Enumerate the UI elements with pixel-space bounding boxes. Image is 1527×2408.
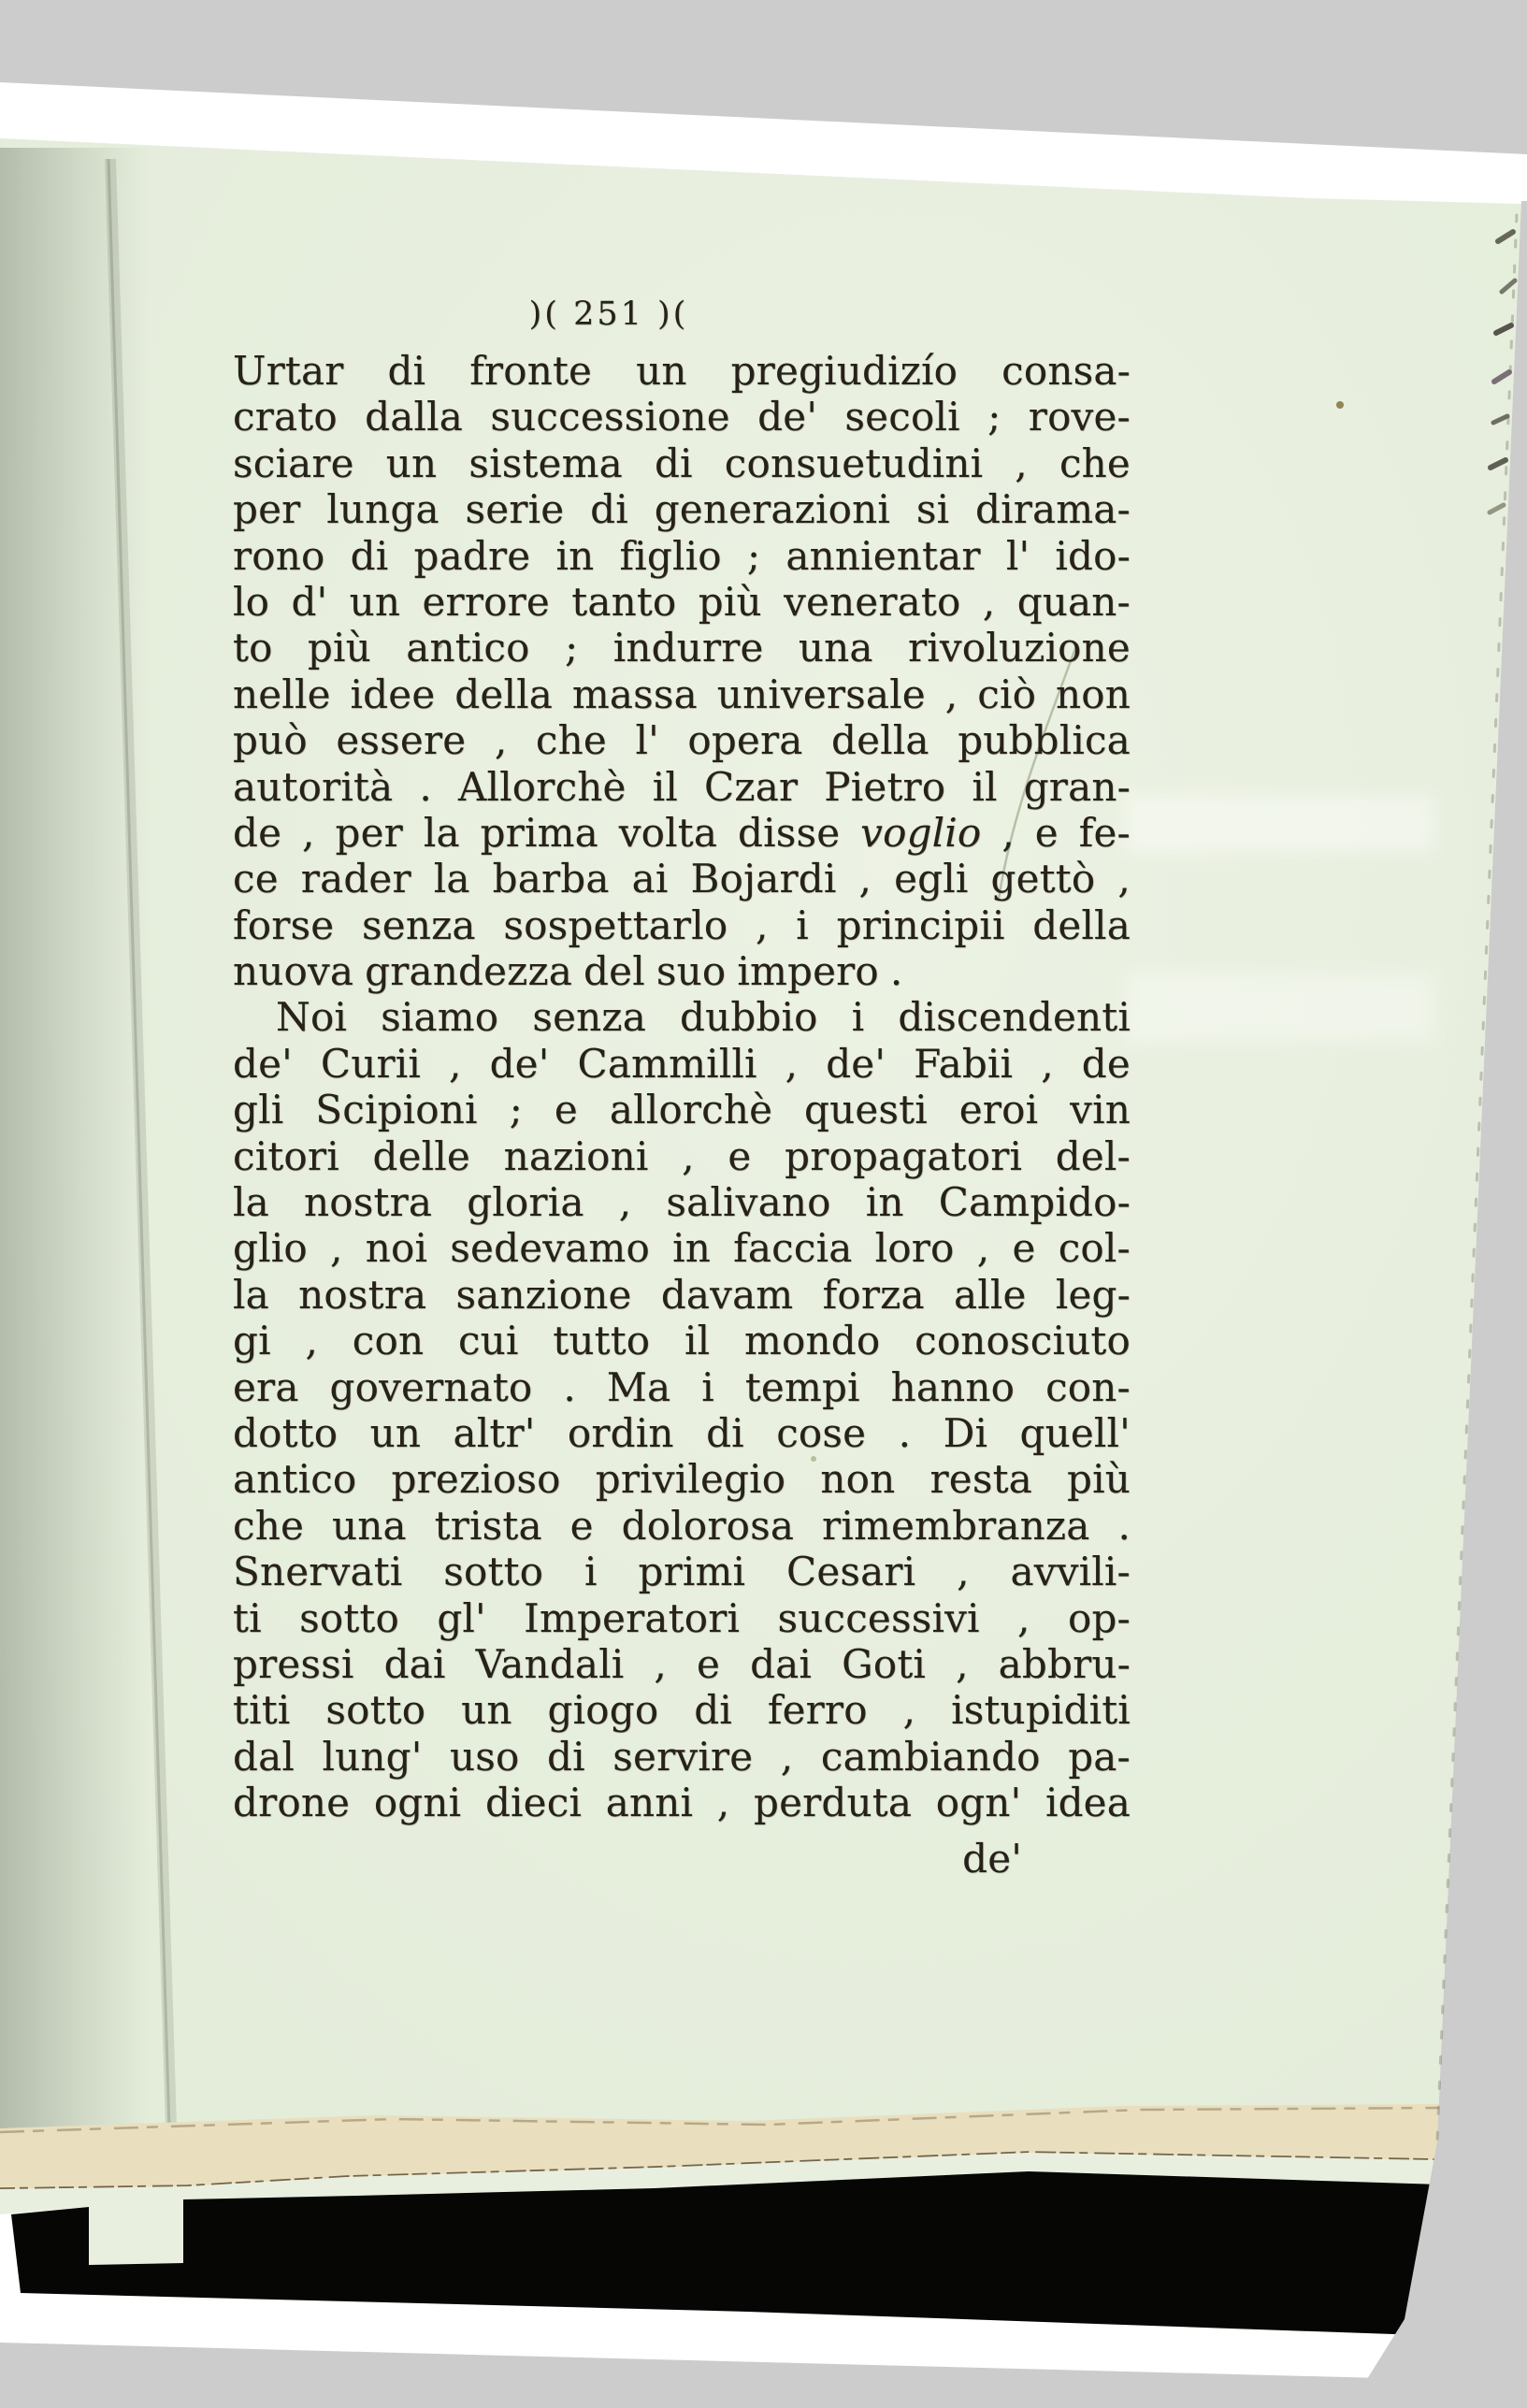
text-line: perlungaseriedigenerazionisidirama- [233,486,1131,532]
scanned-book-page: )( 251 )( Urtardifronteunpregiudizíocons… [0,0,1527,2408]
text-line: de'Curii,de'Cammilli,de'Fabii,de [233,1041,1131,1087]
text-line: glio,noisedevamoinfaccialoro,ecol- [233,1225,1131,1271]
text-line: puòessere,chel'operadellapubblica [233,717,1131,763]
text-line: anticopreziosoprivilegiononrestapiù [233,1456,1131,1502]
text-line: forsesenzasospettarlo,iprincipiidella [233,902,1131,948]
text-line: lanostragloria,salivanoinCampido- [233,1179,1131,1225]
text-line: autorità.AllorchèilCzarPietroilgran- [233,764,1131,810]
text-line: nelleideedellamassauniversale,ciònon [233,671,1131,717]
text-line: cratodallasuccessionede'secoli;rove- [233,394,1131,440]
text-line: ronodipadreinfiglio;annientarl'ido- [233,533,1131,579]
text-line: cheunatristaedolorosarimembranza. [233,1503,1131,1549]
page-number: )( 251 )( [529,296,689,333]
text-block: Urtardifronteunpregiudizíoconsa-cratodal… [233,348,1131,1882]
page-header: )( 251 )( [233,296,1131,333]
text-line: Urtardifronteunpregiudizíoconsa- [233,348,1131,394]
text-line: nuovagrandezzadelsuoimpero. [233,948,1131,994]
text-line: droneognidiecianni,perdutaogn'idea [233,1780,1131,1825]
text-line: Noisiamosenzadubbioidiscendenti [233,994,1131,1040]
text-line: gliScipioni;eallorchèquestieroivin [233,1087,1131,1132]
text-line: de,perlaprimavoltadissevoglio,efe- [233,810,1131,856]
text-line: tisottogl'Imperatorisuccessivi,op- [233,1595,1131,1641]
paper-speck [1336,401,1344,409]
text-line: gi,concuituttoilmondoconosciuto [233,1318,1131,1363]
text-line: pressidaiVandali,edaiGoti,abbru- [233,1641,1131,1687]
catchword: de' [233,1836,1131,1882]
text-line: citoridellenazioni,epropagatoridel- [233,1133,1131,1179]
text-line: lanostrasanzionedavamforzaalleleg- [233,1272,1131,1318]
text-line: topiùantico;indurreunarivoluzione [233,625,1131,670]
text-line: titisottoungiogodiferro,istupiditi [233,1687,1131,1733]
text-line: eragovernato.Maitempihannocon- [233,1364,1131,1410]
light-streak [1127,795,1435,853]
text-line: dallung'usodiservire,cambiandopa- [233,1734,1131,1780]
gutter-shadow [0,148,150,2186]
text-line: ceraderlabarbaaiBojardi,egligettò, [233,856,1131,901]
text-line: SnervatisottoiprimiCesari,avvili- [233,1549,1131,1594]
text-line: dottounaltr'ordindicose.Diquell' [233,1410,1131,1456]
text-line: lod'unerroretantopiùvenerato,quan- [233,579,1131,625]
light-streak [1127,973,1435,1043]
text-line: sciareunsistemadiconsuetudini,che [233,440,1131,486]
